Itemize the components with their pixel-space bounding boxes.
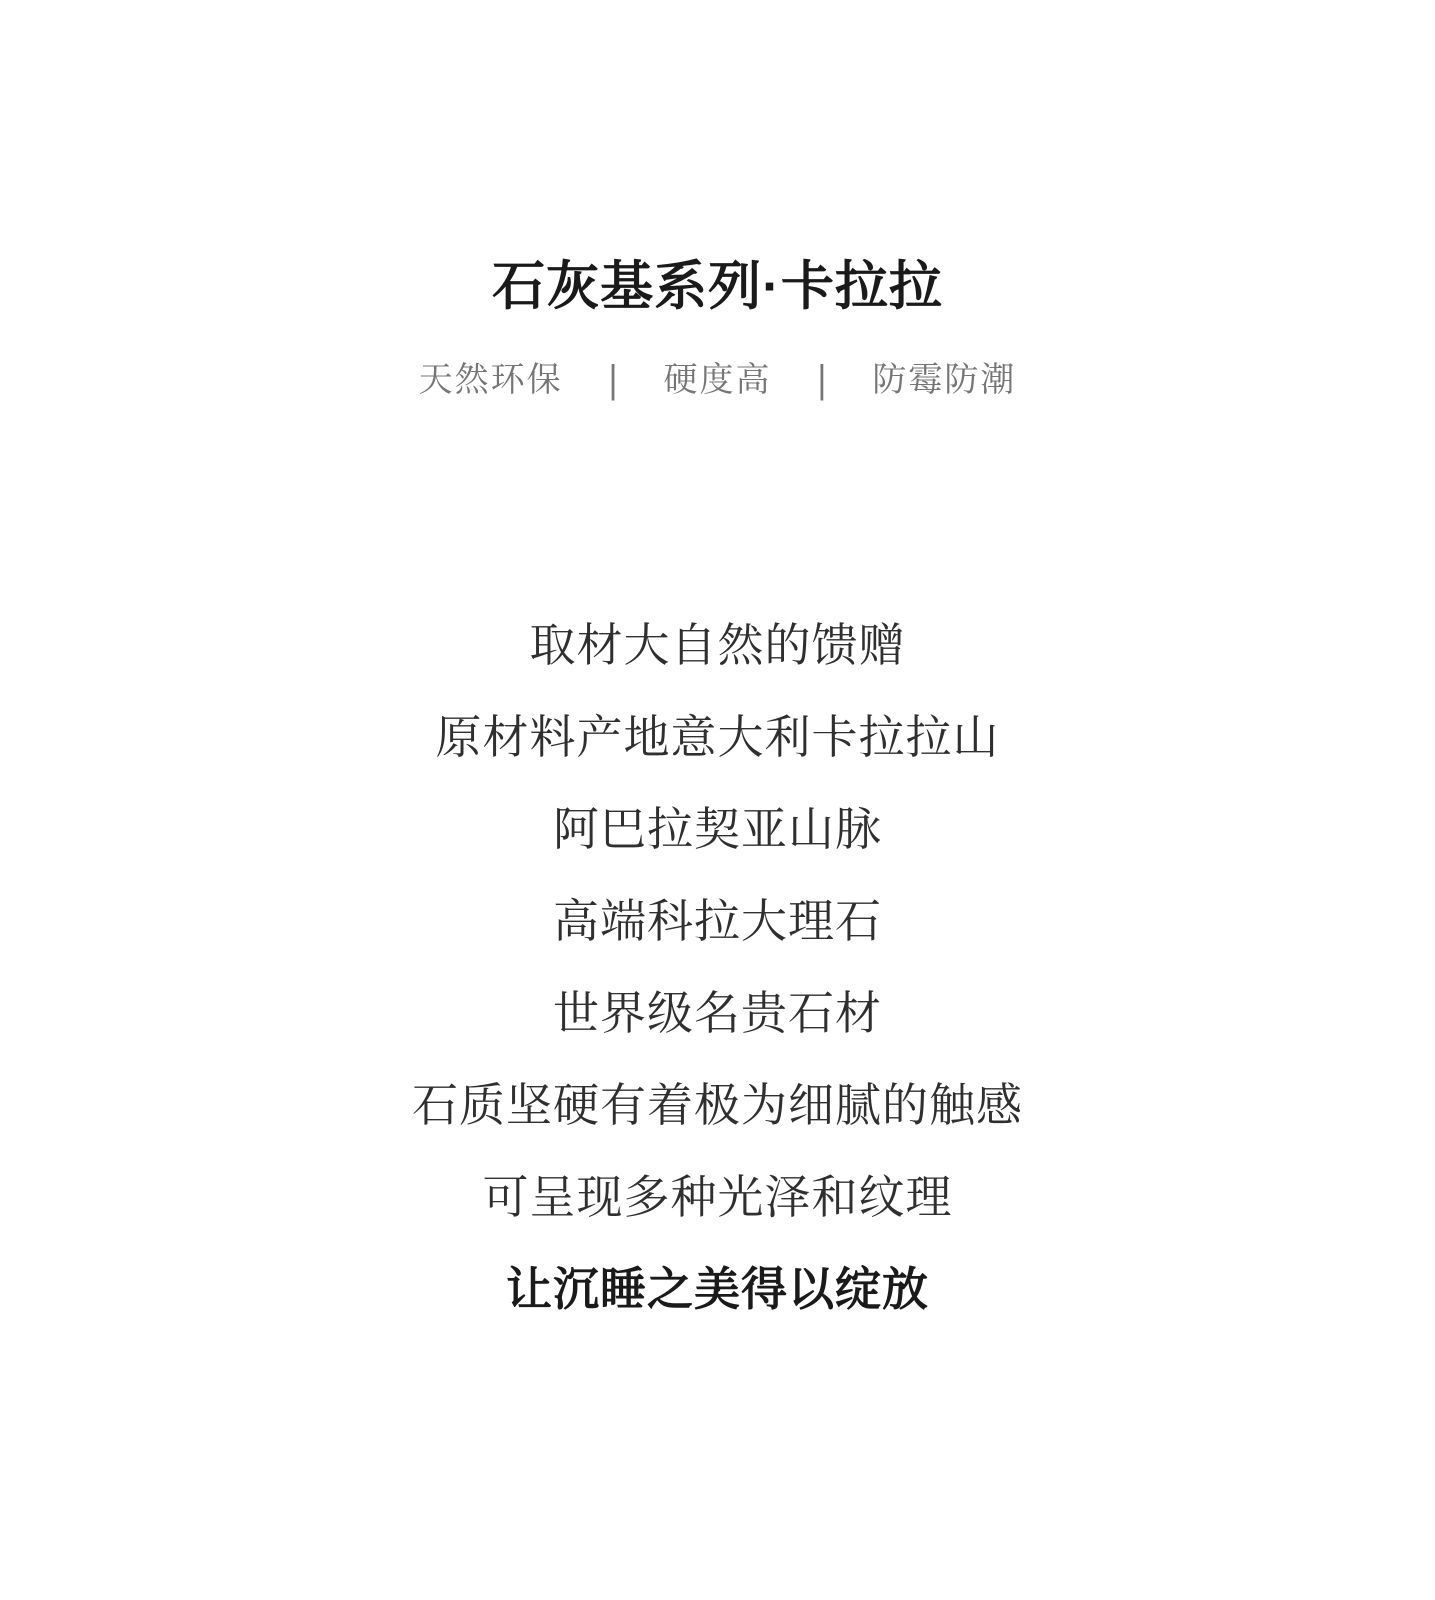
copy-line: 世界级名贵石材 <box>0 967 1435 1059</box>
feature-separator: | <box>609 355 618 406</box>
copy-line: 原材料产地意大利卡拉拉山 <box>0 691 1435 783</box>
feature-high-hardness: 硬度高 <box>664 358 772 402</box>
copy-line: 可呈现多种光泽和纹理 <box>0 1151 1435 1243</box>
feature-mold-moisture-proof: 防霉防潮 <box>872 358 1016 402</box>
feature-strip: 天然环保|硬度高|防霉防潮 <box>0 358 1435 402</box>
emphasis-line: 让沉睡之美得以绽放 <box>0 1243 1435 1335</box>
copy-line: 高端科拉大理石 <box>0 875 1435 967</box>
marketing-copy-block: 取材大自然的馈赠 原材料产地意大利卡拉拉山 阿巴拉契亚山脉 高端科拉大理石 世界… <box>0 599 1435 1335</box>
product-description-page: 石灰基系列·卡拉拉 天然环保|硬度高|防霉防潮 取材大自然的馈赠 原材料产地意大… <box>0 0 1435 1600</box>
feature-natural-eco: 天然环保 <box>419 358 563 402</box>
copy-line: 取材大自然的馈赠 <box>0 599 1435 691</box>
copy-line: 阿巴拉契亚山脉 <box>0 783 1435 875</box>
copy-line: 石质坚硬有着极为细腻的触感 <box>0 1059 1435 1151</box>
page-title: 石灰基系列·卡拉拉 <box>0 256 1435 318</box>
feature-separator: | <box>818 355 827 406</box>
